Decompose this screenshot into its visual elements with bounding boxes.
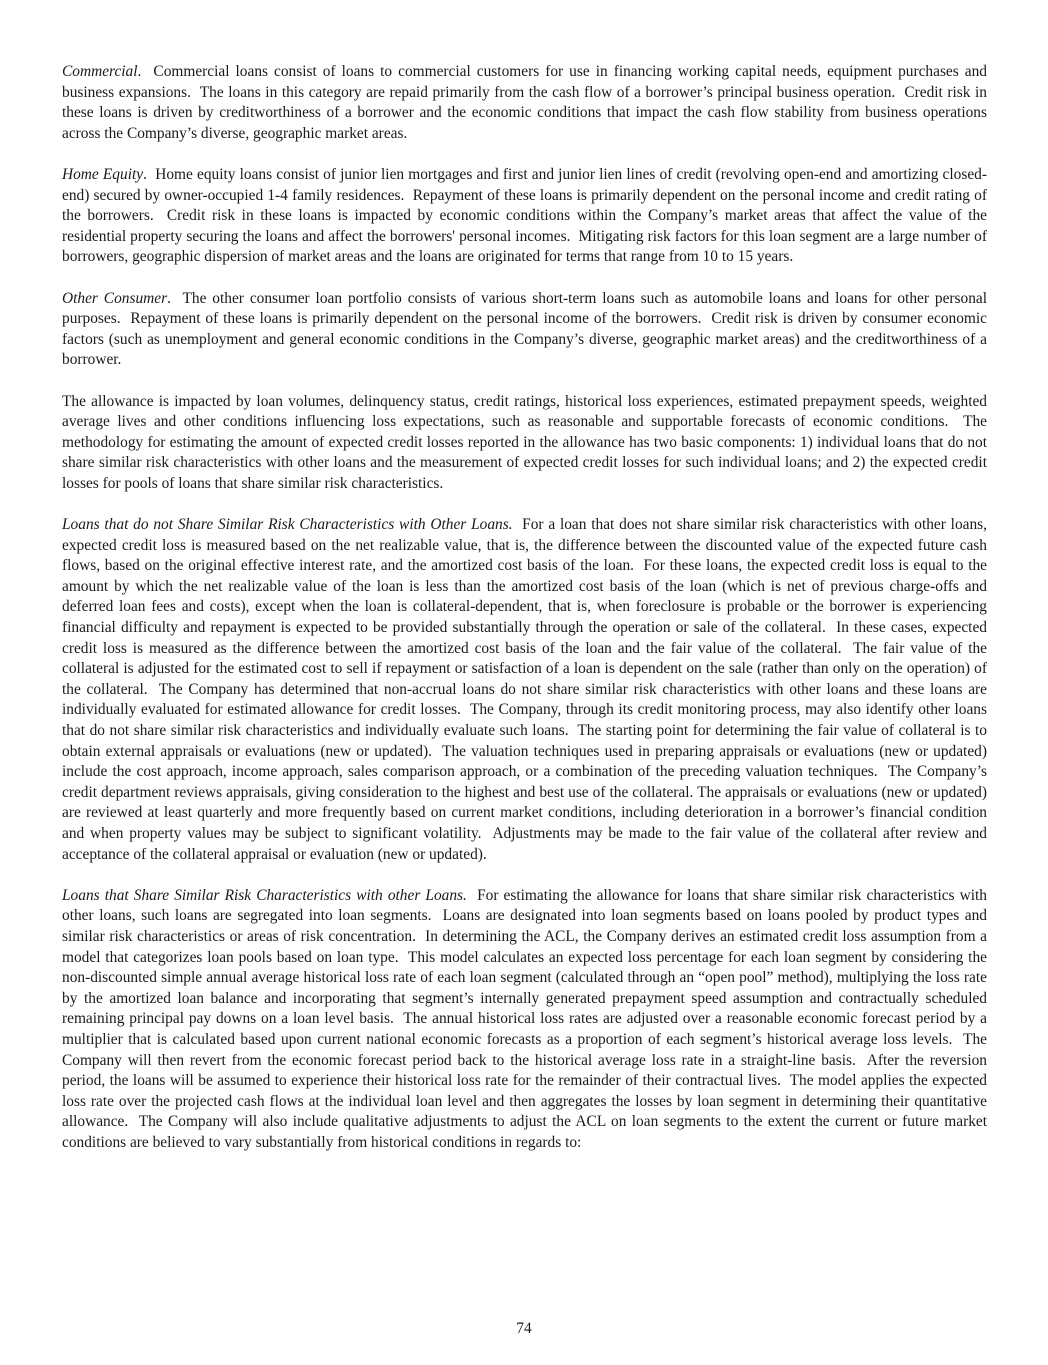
paragraph-body: For estimating the allowance for loans t… [62, 887, 991, 1151]
paragraph-lead-other-consumer: Other Consumer [62, 290, 167, 307]
paragraph-pooled-loans: Loans that Share Similar Risk Characteri… [62, 886, 987, 1154]
paragraph-other-consumer: Other Consumer. The other consumer loan … [62, 289, 987, 371]
paragraph-allowance: The allowance is impacted by loan volume… [62, 392, 987, 495]
paragraph-commercial: Commercial. Commercial loans consist of … [62, 62, 987, 144]
paragraph-lead-commercial: Commercial [62, 63, 138, 80]
paragraph-lead-home-equity: Home Equity [62, 166, 143, 183]
paragraph-home-equity: Home Equity. Home equity loans consist o… [62, 165, 987, 268]
page-number: 74 [0, 1319, 1048, 1339]
paragraph-body: For a loan that does not share similar r… [62, 516, 991, 863]
document-page: Commercial. Commercial loans consist of … [62, 62, 987, 1174]
paragraph-body: Commercial loans consist of loans to com… [62, 63, 991, 142]
paragraph-lead-pooled-loans: Loans that Share Similar Risk Characteri… [62, 887, 467, 904]
paragraph-individually-evaluated-loans: Loans that do not Share Similar Risk Cha… [62, 515, 987, 865]
paragraph-body: Home equity loans consist of junior lien… [62, 166, 991, 265]
paragraph-body: The allowance is impacted by loan volume… [62, 393, 991, 492]
paragraph-lead-individually-evaluated: Loans that do not Share Similar Risk Cha… [62, 516, 513, 533]
paragraph-body: The other consumer loan portfolio consis… [62, 290, 991, 369]
